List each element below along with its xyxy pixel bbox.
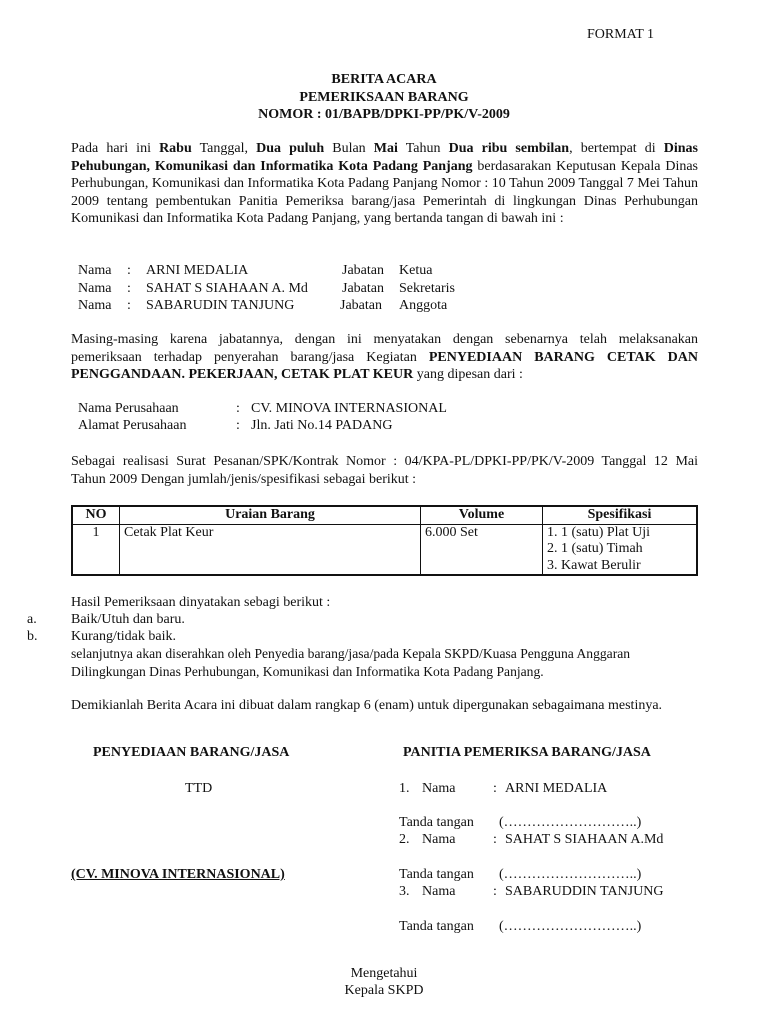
header-uraian: Uraian Barang (120, 506, 421, 524)
signature-line: (………………………..) (499, 919, 641, 935)
member-name: ARNI MEDALIA (146, 262, 248, 280)
signer-number: 3. (399, 884, 410, 900)
intro-text: Bulan (324, 141, 374, 156)
intro-text: Tahun (398, 141, 449, 156)
table-header-row: NO Uraian Barang Volume Spesifikasi (72, 506, 697, 524)
signer-label: Nama (422, 832, 455, 848)
provider-heading: PENYEDIAAN BARANG/JASA (93, 745, 289, 761)
signer-sep: : (493, 832, 497, 848)
signature-label: Tanda tangan (399, 815, 474, 831)
member-label: Nama (78, 280, 111, 298)
statement-text: yang dipesan dari : (413, 367, 523, 382)
signer-number: 1. (399, 781, 410, 797)
acknowledge-label: Mengetahui (0, 965, 768, 982)
spec-item: 2. 1 (satu) Timah (547, 541, 692, 558)
signature-label: Tanda tangan (399, 867, 474, 883)
header-spesifikasi: Spesifikasi (543, 506, 698, 524)
result-item: Kurang/tidak baik. (71, 628, 176, 646)
spec-item: 1. 1 (satu) Plat Uji (547, 525, 692, 542)
statement-paragraph: Masing-masing karena jabatannya, dengan … (71, 331, 698, 384)
result-marker: b. (27, 628, 38, 646)
result-followup: selanjutnya akan diserahkan oleh Penyedi… (71, 645, 701, 680)
member-label: Nama (78, 262, 111, 280)
member-jabatan-label: Jabatan (340, 297, 382, 315)
spec-item: 3. Kawat Berulir (547, 558, 692, 575)
company-sep: : (236, 417, 240, 435)
signer-row: 1. Nama : ARNI MEDALIA (399, 781, 699, 799)
signature-line: (………………………..) (499, 815, 641, 831)
member-name: SABARUDIN TANJUNG (146, 297, 294, 315)
signer-name: SAHAT S SIAHAAN A.Md (505, 832, 663, 848)
signer-label: Nama (422, 884, 455, 900)
closing-paragraph: Demikianlah Berita Acara ini dibuat dala… (71, 697, 698, 715)
member-jabatan: Ketua (399, 262, 432, 280)
member-jabatan: Anggota (399, 297, 447, 315)
signature-line-row: Tanda tangan (………………………..) (399, 867, 699, 885)
signature-line-row: Tanda tangan (………………………..) (399, 815, 699, 833)
intro-paragraph: Pada hari ini Rabu Tanggal, Dua puluh Bu… (71, 140, 698, 228)
intro-text: Pada hari ini (71, 141, 159, 156)
committee-heading: PANITIA PEMERIKSA BARANG/JASA (403, 745, 651, 761)
cell-volume: 6.000 Set (421, 524, 543, 575)
signer-sep: : (493, 781, 497, 797)
member-sep: : (127, 297, 131, 315)
signer-name: SABARUDDIN TANJUNG (505, 884, 663, 900)
intro-text: , bertempat di (569, 141, 664, 156)
signer-label: Nama (422, 781, 455, 797)
member-sep: : (127, 262, 131, 280)
cell-spesifikasi: 1. 1 (satu) Plat Uji 2. 1 (satu) Timah 3… (543, 524, 698, 575)
member-jabatan-label: Jabatan (342, 262, 384, 280)
company-sep: : (236, 400, 240, 418)
signer-number: 2. (399, 832, 410, 848)
member-jabatan: Sekretaris (399, 280, 455, 298)
signature-line-row: Tanda tangan (………………………..) (399, 919, 699, 937)
document-number: NOMOR : 01/BAPB/DPKI-PP/PK/V-2009 (0, 106, 768, 123)
cell-uraian: Cetak Plat Keur (120, 524, 421, 575)
member-sep: : (127, 280, 131, 298)
format-label: FORMAT 1 (587, 27, 654, 43)
realization-paragraph: Sebagai realisasi Surat Pesanan/SPK/Kont… (71, 453, 698, 488)
member-name: SAHAT S SIAHAAN A. Md (146, 280, 308, 298)
member-label: Nama (78, 297, 111, 315)
company-name-label: Nama Perusahaan (78, 400, 179, 418)
table-row: 1 Cetak Plat Keur 6.000 Set 1. 1 (satu) … (72, 524, 697, 575)
document-subtitle: PEMERIKSAAN BARANG (0, 89, 768, 106)
provider-ttd: TTD (185, 781, 212, 797)
intro-year: Dua ribu sembilan (449, 141, 569, 156)
signer-row: 3. Nama : SABARUDDIN TANJUNG (399, 884, 699, 902)
company-address-value: Jln. Jati No.14 PADANG (251, 417, 392, 435)
intro-day: Rabu (159, 141, 192, 156)
company-name-value: CV. MINOVA INTERNASIONAL (251, 400, 447, 418)
header-no: NO (72, 506, 120, 524)
items-table: NO Uraian Barang Volume Spesifikasi 1 Ce… (71, 505, 698, 576)
result-intro: Hasil Pemeriksaan dinyatakan sebagi beri… (71, 594, 330, 612)
provider-company: (CV. MINOVA INTERNASIONAL) (71, 867, 285, 883)
result-item: Baik/Utuh dan baru. (71, 611, 185, 629)
header-volume: Volume (421, 506, 543, 524)
member-jabatan-label: Jabatan (342, 280, 384, 298)
signer-sep: : (493, 884, 497, 900)
document-title: BERITA ACARA (0, 71, 768, 88)
intro-text: Tanggal, (192, 141, 256, 156)
acknowledge-title: Kepala SKPD (0, 982, 768, 999)
cell-no: 1 (72, 524, 120, 575)
signer-row: 2. Nama : SAHAT S SIAHAAN A.Md (399, 832, 699, 850)
company-address-label: Alamat Perusahaan (78, 417, 186, 435)
signature-label: Tanda tangan (399, 919, 474, 935)
intro-date: Dua puluh (256, 141, 324, 156)
signer-name: ARNI MEDALIA (505, 781, 607, 797)
intro-month: Mai (374, 141, 398, 156)
signature-line: (………………………..) (499, 867, 641, 883)
result-marker: a. (27, 611, 37, 629)
